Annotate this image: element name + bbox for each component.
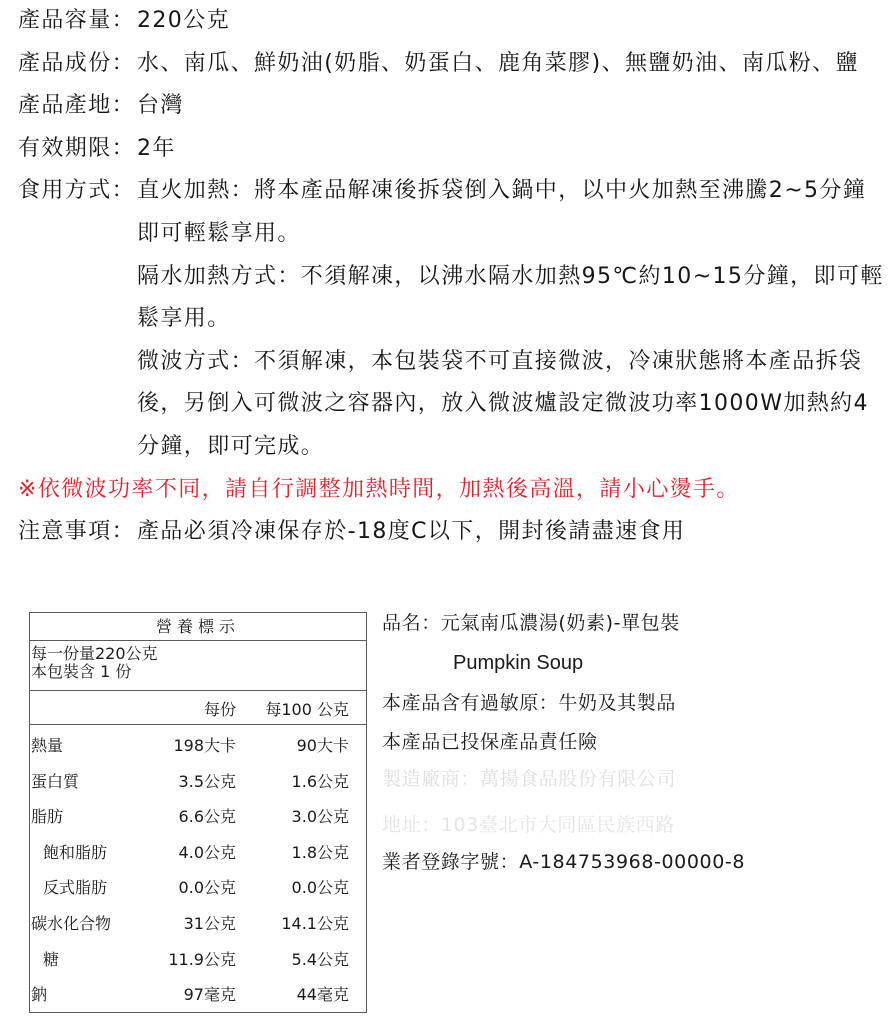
per-serving-value: 97毫克 — [184, 977, 236, 1013]
nutrition-row-sodium: 鈉 97毫克 44毫克 — [30, 977, 366, 1013]
insurance-info: 本產品已投保產品責任險 — [382, 728, 598, 756]
nutrient-name: 鈉 — [31, 977, 47, 1013]
usage-line: 微波方式：不須解凍，本包裝袋不可直接微波，冷凍狀態將本產品拆袋 — [137, 341, 896, 384]
per-serving-value: 198大卡 — [173, 728, 236, 764]
per-serving-value: 4.0公克 — [179, 835, 236, 871]
product-spec-section: 產品容量： 220公克 產品成份： 水、南瓜、鮮奶油(奶脂、奶蛋白、鹿角菜膠)、… — [18, 0, 896, 554]
per-100g-value: 90大卡 — [297, 728, 349, 764]
per-serving-value: 3.5公克 — [179, 764, 236, 800]
manufacturer-info: 製造廠商：萬揚食品股份有限公司 — [382, 765, 676, 793]
nutrient-name: 反式脂肪 — [43, 870, 107, 906]
spec-value: 220公克 — [137, 0, 896, 43]
spec-label: 產品產地： — [18, 85, 137, 128]
spec-label: 食用方式： — [18, 170, 137, 213]
product-name: 品名：元氣南瓜濃湯(奶素)-單包裝 — [382, 609, 680, 637]
spec-value: 台灣 — [137, 85, 896, 128]
usage-line: 鬆享用。 — [137, 298, 896, 341]
nutrient-name: 脂肪 — [31, 799, 63, 835]
per-serving-value: 6.6公克 — [179, 799, 236, 835]
usage-line: 後，另倒入可微波之容器內，放入微波爐設定微波功率1000W加熱約4 — [137, 383, 896, 426]
spec-capacity: 產品容量： 220公克 — [18, 0, 896, 43]
nutrient-name: 飽和脂肪 — [43, 835, 107, 871]
nutrition-row-saturated-fat: 飽和脂肪 4.0公克 1.8公克 — [30, 835, 366, 871]
spec-ingredients: 產品成份： 水、南瓜、鮮奶油(奶脂、奶蛋白、鹿角菜膠)、無鹽奶油、南瓜粉、鹽 — [18, 43, 896, 86]
per-100g-value: 14.1公克 — [281, 906, 349, 942]
registration-number: 業者登錄字號：A-184753968-00000-8 — [382, 848, 745, 876]
col-per-serving: 每份 — [204, 693, 236, 726]
servings-per-pack: 本包裝含 1 份 — [31, 663, 366, 681]
usage-continuation: 微波方式：不須解凍，本包裝袋不可直接微波，冷凍狀態將本產品拆袋 — [18, 341, 896, 384]
nutrient-name: 蛋白質 — [31, 764, 79, 800]
serving-size: 每一份量220公克 — [31, 645, 366, 663]
spec-value: 水、南瓜、鮮奶油(奶脂、奶蛋白、鹿角菜膠)、無鹽奶油、南瓜粉、鹽 — [137, 43, 896, 86]
warning-text: ※依微波功率不同，請自行調整加熱時間，加熱後高溫，請小心燙手。 — [18, 469, 896, 512]
nutrition-row-carbohydrate: 碳水化合物 31公克 14.1公克 — [30, 906, 366, 942]
col-per-100g: 每100 公克 — [265, 693, 349, 726]
usage-continuation: 分鐘，即可完成。 — [18, 426, 896, 469]
nutrition-header-row: 每份 每100 公克 — [30, 691, 366, 725]
spec-value: 產品必須冷凍保存於-18度C以下，開封後請盡速食用 — [137, 511, 896, 554]
per-100g-value: 0.0公克 — [292, 870, 349, 906]
per-100g-value: 44毫克 — [297, 977, 349, 1013]
spec-value: 2年 — [137, 128, 896, 171]
spec-label: 有效期限： — [18, 128, 137, 171]
nutrient-name: 熱量 — [31, 728, 63, 764]
spec-origin: 產品產地： 台灣 — [18, 85, 896, 128]
usage-line: 分鐘，即可完成。 — [137, 426, 896, 469]
spec-label: 產品成份： — [18, 43, 137, 86]
nutrition-title: 營養標示 — [30, 613, 366, 641]
nutrition-row-fat: 脂肪 6.6公克 3.0公克 — [30, 799, 366, 835]
nutrition-row-protein: 蛋白質 3.5公克 1.6公克 — [30, 764, 366, 800]
serving-info: 每一份量220公克 本包裝含 1 份 — [30, 641, 366, 691]
address-info: 地址：103臺北市大同區民族西路 — [382, 811, 675, 839]
usage-continuation: 即可輕鬆享用。 — [18, 213, 896, 256]
product-english-name: Pumpkin Soup — [453, 649, 583, 677]
allergen-info: 本產品含有過敏原：牛奶及其製品 — [382, 689, 676, 717]
nutrition-facts-table: 營養標示 每一份量220公克 本包裝含 1 份 每份 每100 公克 熱量 19… — [29, 612, 367, 1013]
spec-shelf-life: 有效期限： 2年 — [18, 128, 896, 171]
usage-continuation: 後，另倒入可微波之容器內，放入微波爐設定微波功率1000W加熱約4 — [18, 383, 896, 426]
spec-label: 產品容量： — [18, 0, 137, 43]
usage-line: 直火加熱：將本產品解凍後拆袋倒入鍋中，以中火加熱至沸騰2~5分鐘 — [137, 170, 896, 213]
per-100g-value: 1.6公克 — [292, 764, 349, 800]
per-100g-value: 5.4公克 — [292, 942, 349, 978]
usage-continuation: 鬆享用。 — [18, 298, 896, 341]
nutrition-row-trans-fat: 反式脂肪 0.0公克 0.0公克 — [30, 870, 366, 906]
per-100g-value: 1.8公克 — [292, 835, 349, 871]
per-serving-value: 0.0公克 — [179, 870, 236, 906]
usage-continuation: 隔水加熱方式：不須解凍，以沸水隔水加熱95℃約10~15分鐘，即可輕 — [18, 256, 896, 299]
nutrient-name: 碳水化合物 — [31, 906, 111, 942]
nutrient-name: 糖 — [43, 942, 59, 978]
spec-usage: 食用方式： 直火加熱：將本產品解凍後拆袋倒入鍋中，以中火加熱至沸騰2~5分鐘 — [18, 170, 896, 213]
usage-line: 隔水加熱方式：不須解凍，以沸水隔水加熱95℃約10~15分鐘，即可輕 — [137, 256, 896, 299]
usage-line: 即可輕鬆享用。 — [137, 213, 896, 256]
spec-notice: 注意事項： 產品必須冷凍保存於-18度C以下，開封後請盡速食用 — [18, 511, 896, 554]
heating-warning: ※依微波功率不同，請自行調整加熱時間，加熱後高溫，請小心燙手。 — [18, 469, 896, 512]
per-serving-value: 31公克 — [184, 906, 236, 942]
nutrition-row-energy: 熱量 198大卡 90大卡 — [30, 728, 366, 764]
nutrition-row-sugar: 糖 11.9公克 5.4公克 — [30, 942, 366, 978]
nutrition-rows: 熱量 198大卡 90大卡 蛋白質 3.5公克 1.6公克 脂肪 6.6公克 3… — [30, 725, 366, 1013]
per-100g-value: 3.0公克 — [292, 799, 349, 835]
spec-label: 注意事項： — [18, 511, 137, 554]
per-serving-value: 11.9公克 — [168, 942, 236, 978]
